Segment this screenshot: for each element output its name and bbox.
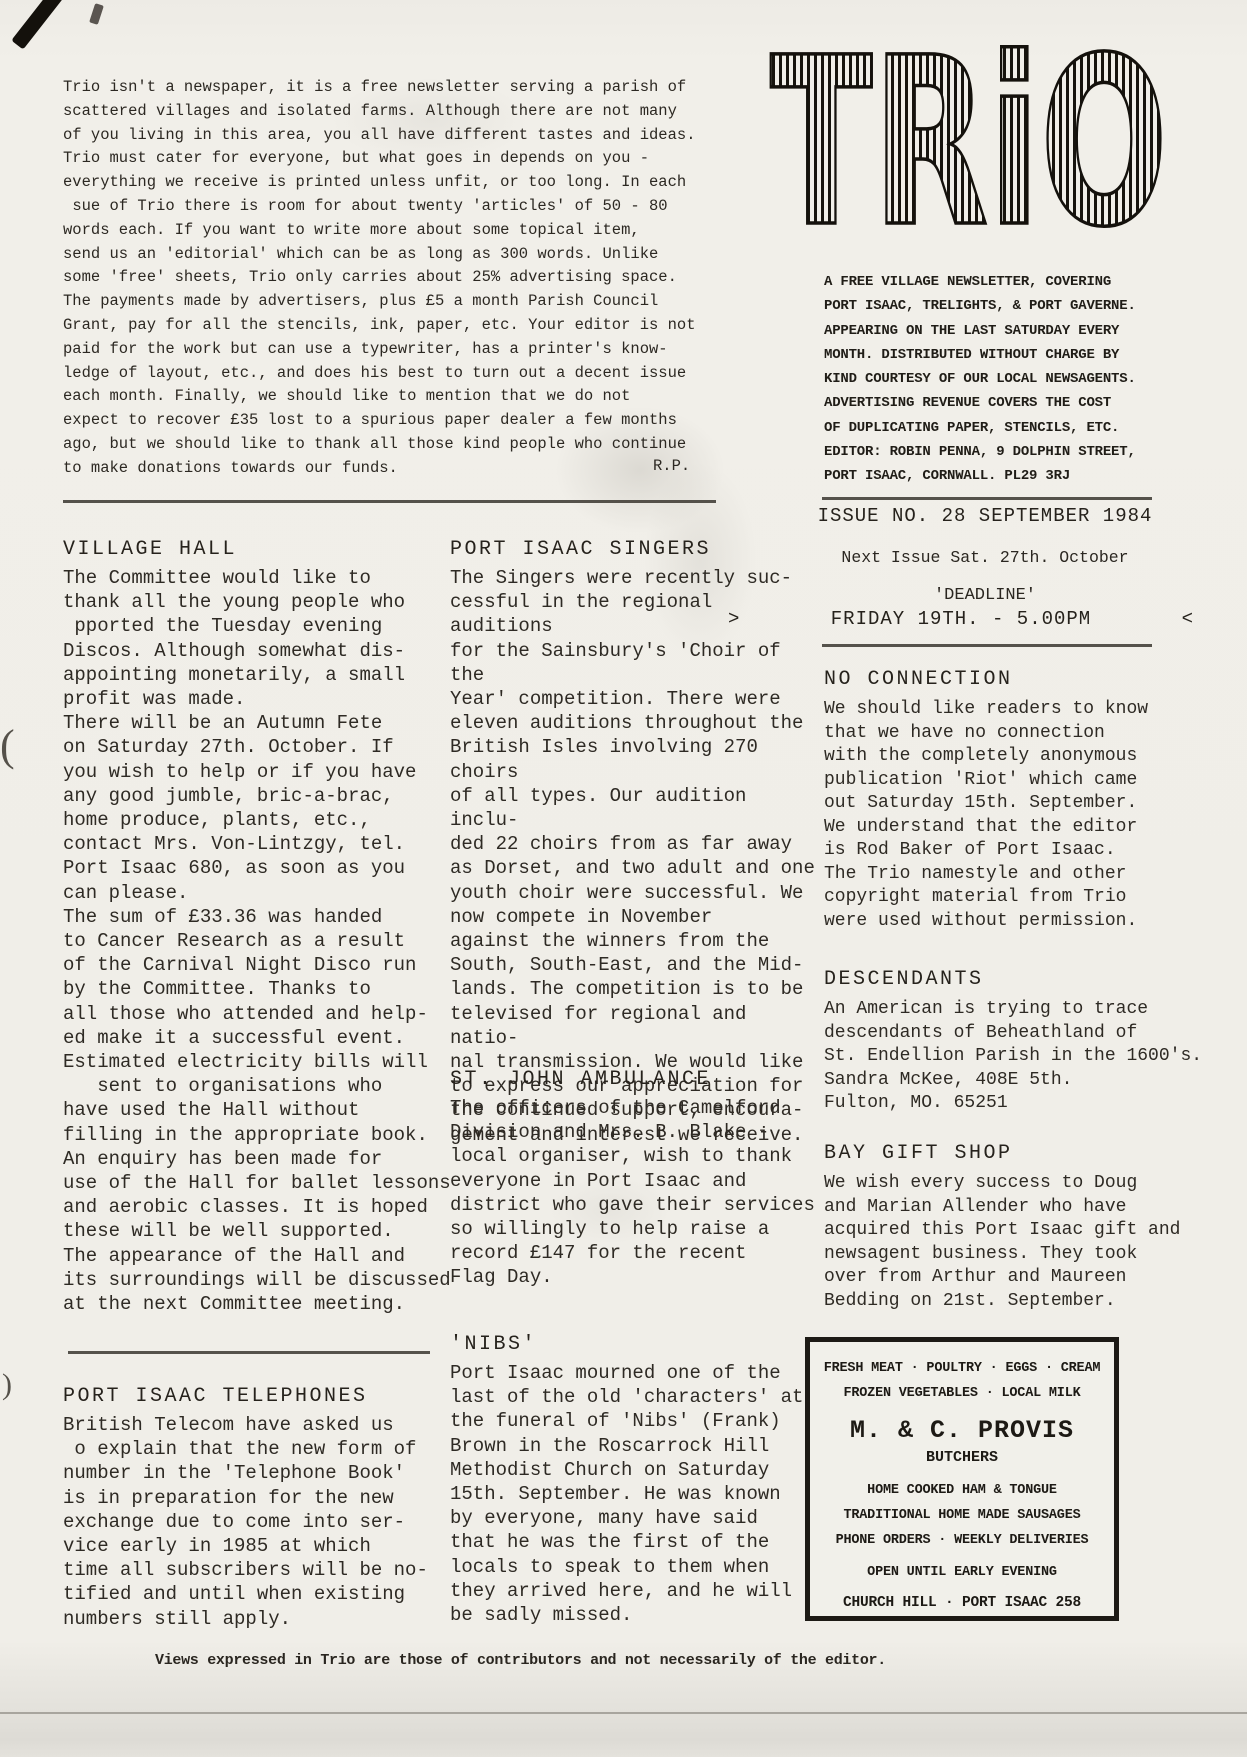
advert-subtitle: BUTCHERS — [926, 1446, 998, 1470]
article-body-bay-gift-shop: We wish every success to Doug and Marian… — [824, 1172, 1214, 1313]
article-heading-descendants: DESCENDANTS — [824, 968, 984, 991]
intro-paragraph: Trio isn't a newspaper, it is a free new… — [63, 76, 728, 481]
article-body-no-connection: We should like readers to know that we h… — [824, 698, 1214, 933]
divider — [63, 500, 716, 503]
scan-mark: ( — [0, 720, 15, 771]
article-heading-village-hall: VILLAGE HALL — [63, 538, 237, 561]
article-body-port-isaac-telephones: British Telecom have asked us o explain … — [63, 1413, 463, 1631]
article-heading-no-connection: NO CONNECTION — [824, 668, 1013, 691]
divider — [68, 1351, 430, 1354]
article-body-nibs: Port Isaac mourned one of the last of th… — [450, 1361, 825, 1627]
issue-number-line: ISSUE NO. 28 SEPTEMBER 1984 — [750, 505, 1220, 527]
newsletter-page: ( ) Trio isn't a newspaper, it is a free… — [0, 0, 1247, 1757]
article-body-port-isaac-singers: The Singers were recently suc- cessful i… — [450, 566, 825, 1147]
advert-line: TRADITIONAL HOME MADE SAUSAGES — [843, 1503, 1080, 1528]
article-heading-nibs: 'NIBS' — [450, 1333, 537, 1356]
article-body-descendants: An American is trying to trace descendan… — [824, 998, 1214, 1116]
advert-line: FROZEN VEGETABLES · LOCAL MILK — [843, 1381, 1080, 1406]
deadline-arrow-right: < — [1182, 608, 1194, 630]
advert-line: OPEN UNTIL EARLY EVENING — [867, 1560, 1057, 1585]
article-heading-bay-gift-shop: BAY GIFT SHOP — [824, 1142, 1013, 1165]
article-heading-port-isaac-telephones: PORT ISAAC TELEPHONES — [63, 1385, 368, 1408]
butcher-advert-box: FRESH MEAT · POULTRY · EGGS · CREAM FROZ… — [805, 1337, 1119, 1621]
editor-signature: R.P. — [653, 457, 690, 475]
scan-mark — [89, 3, 104, 25]
masthead-tagline: A FREE VILLAGE NEWSLETTER, COVERING PORT… — [824, 270, 1156, 489]
page-edge-line — [0, 1712, 1247, 1714]
trio-logo-text: TRiO — [770, 40, 1168, 252]
advert-business-name: M. & C. PROVIS — [850, 1416, 1074, 1446]
article-heading-port-isaac-singers: PORT ISAAC SINGERS — [450, 538, 711, 561]
trio-logo: TRiO — [763, 40, 1175, 252]
article-body-st-john-ambulance: The officers of the Camelford Division a… — [450, 1096, 825, 1290]
advert-line: PHONE ORDERS · WEEKLY DELIVERIES — [836, 1528, 1089, 1553]
divider — [822, 644, 1152, 647]
article-body-village-hall: The Committee would like to thank all th… — [63, 566, 463, 1316]
deadline-value: FRIDAY 19TH. - 5.00PM — [831, 608, 1091, 630]
footer-disclaimer: Views expressed in Trio are those of con… — [155, 1652, 886, 1669]
trio-logo-art: TRiO — [763, 40, 1175, 252]
advert-line: FRESH MEAT · POULTRY · EGGS · CREAM — [824, 1356, 1101, 1381]
divider — [822, 497, 1152, 500]
advert-line: HOME COOKED HAM & TONGUE — [867, 1478, 1057, 1503]
article-heading-st-john-ambulance: ST. JOHN AMBULANCE — [450, 1068, 711, 1091]
next-issue-line: Next Issue Sat. 27th. October — [750, 548, 1220, 567]
scan-mark — [11, 0, 63, 50]
scan-mark: ) — [2, 1368, 12, 1402]
advert-address: CHURCH HILL · PORT ISAAC 258 — [843, 1591, 1081, 1616]
